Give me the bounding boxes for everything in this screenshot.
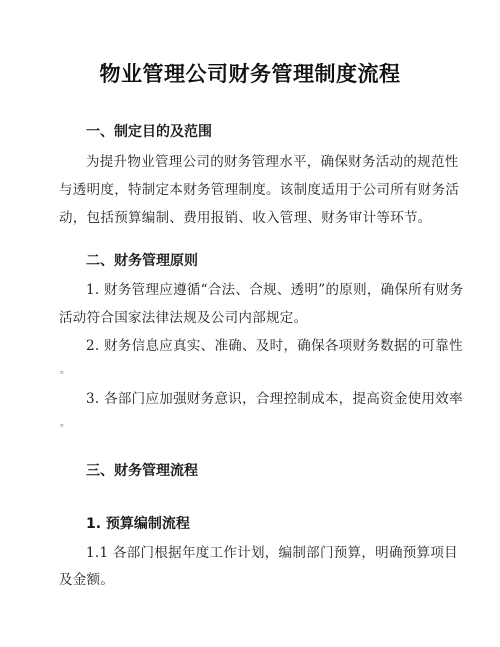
paragraph-line: 与透明度，特制定本财务管理制度。该制度适用于公司所有财务活 — [59, 178, 459, 198]
subheading-budget-process: 1. 预算编制流程 — [86, 513, 190, 533]
principle-item-2: 2. 财务信息应真实、准确、及时，确保各项财务数据的可靠性 — [86, 334, 463, 354]
paragraph-line: 为提升物业管理公司的财务管理水平，确保财务活动的规范性 — [86, 150, 459, 170]
principle-item-1: 1. 财务管理应遵循“合法、合规、透明”的原则，确保所有财务 — [86, 278, 463, 298]
document-page: 物业管理公司财务管理制度流程 一、制定目的及范围 为提升物业管理公司的财务管理水… — [0, 0, 500, 647]
principle-item-1-cont: 活动符合国家法律法规及公司内部规定。 — [59, 306, 307, 326]
section-heading-purpose: 一、制定目的及范围 — [86, 121, 212, 141]
principle-item-2-cont: 。 — [60, 361, 70, 376]
principle-item-3: 3. 各部门应加强财务意识，合理控制成本，提高资金使用效率 — [86, 387, 463, 407]
document-title: 物业管理公司财务管理制度流程 — [0, 58, 500, 88]
section-heading-principles: 二、财务管理原则 — [86, 250, 198, 270]
paragraph-line: 及金额。 — [59, 568, 114, 588]
paragraph-line: 1.1 各部门根据年度工作计划，编制部门预算，明确预算项目 — [86, 541, 458, 561]
section-heading-process: 三、财务管理流程 — [86, 460, 198, 480]
paragraph-line: 动，包括预算编制、费用报销、收入管理、财务审计等环节。 — [59, 206, 432, 226]
principle-item-3-cont: 。 — [60, 414, 70, 429]
